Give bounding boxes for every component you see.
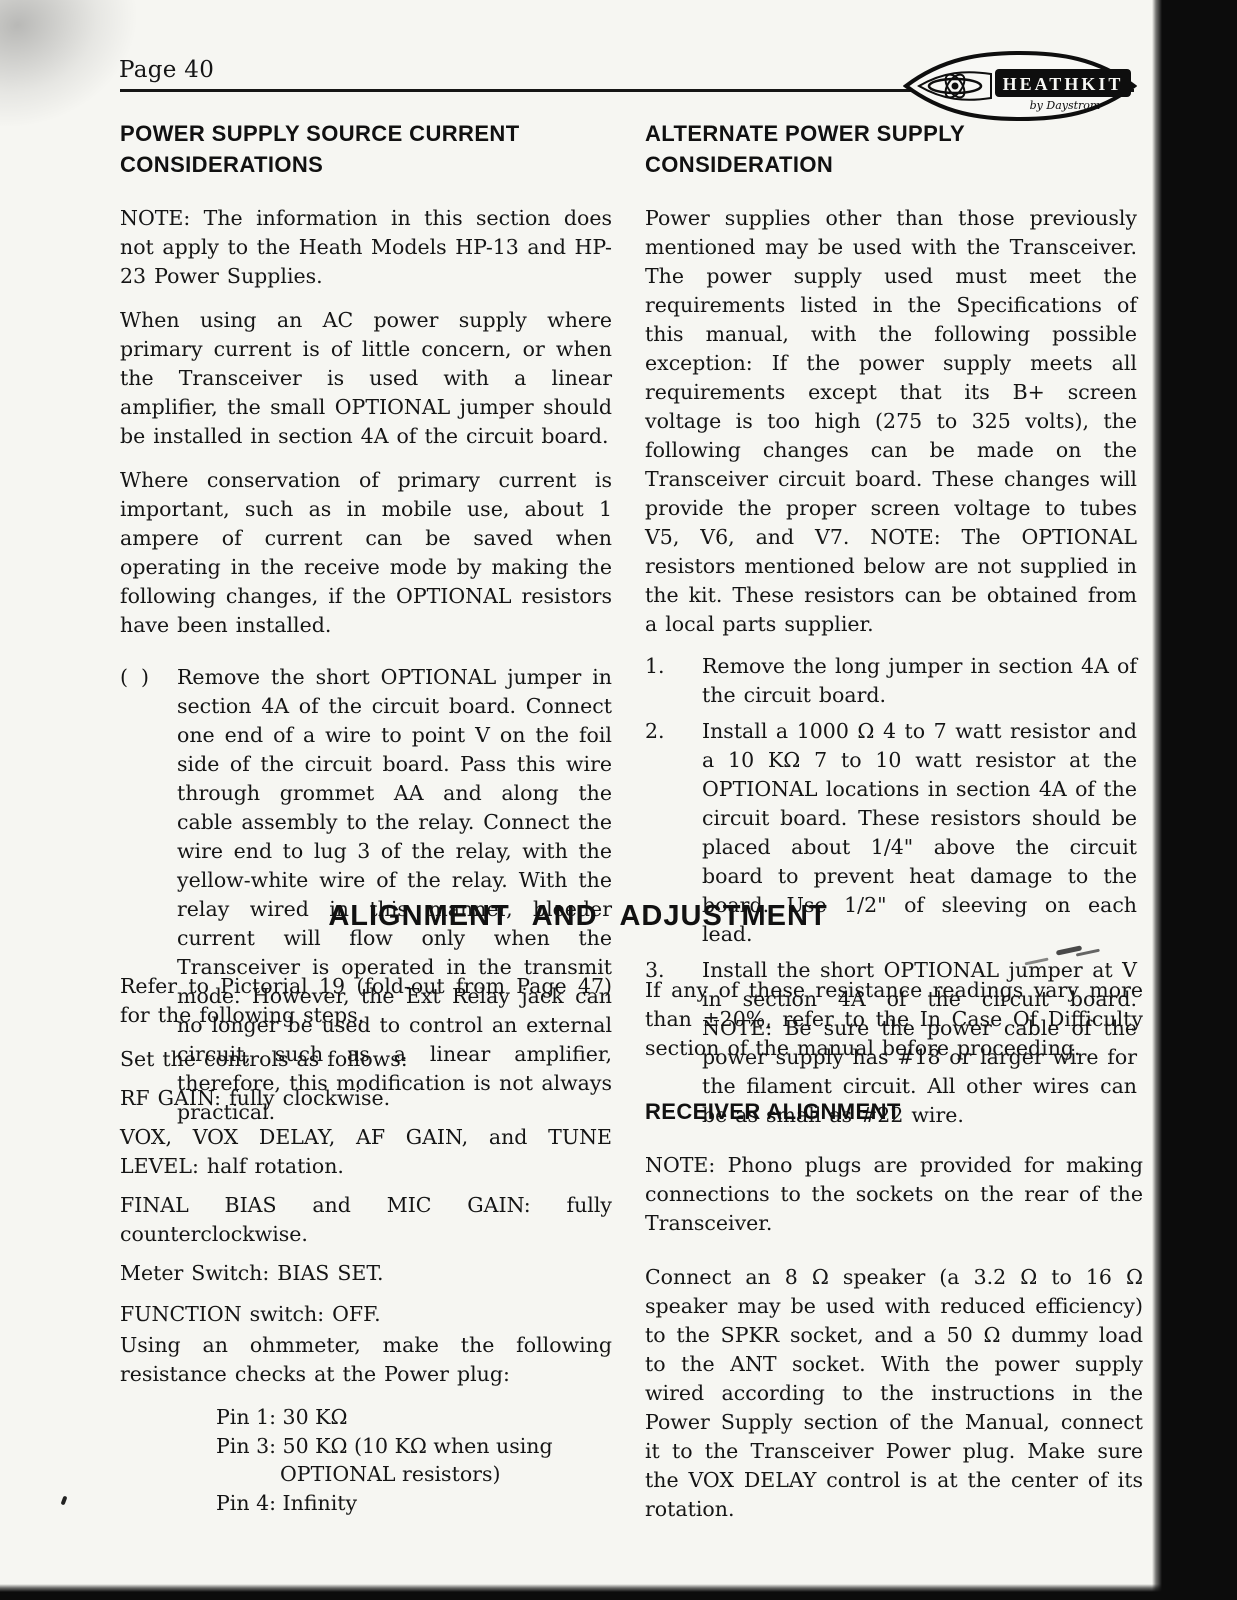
heathkit-logo: HEATHKIT by Daystrom	[903, 48, 1137, 124]
numbered-step: 1. Remove the long jumper in section 4A …	[645, 652, 1137, 710]
logo-tagline-text: by Daystrom	[1030, 99, 1101, 112]
page-number: Page 40	[119, 57, 214, 83]
paragraph: Power supplies other than those previous…	[645, 204, 1137, 639]
section-alignment-steps: Refer to Pictorial 19 (fold-out from Pag…	[120, 972, 612, 1518]
paragraph: Refer to Pictorial 19 (fold-out from Pag…	[120, 972, 612, 1030]
paragraph: Where conservation of primary current is…	[120, 466, 612, 640]
receiver-alignment-heading: RECEIVER ALIGNMENT	[645, 1099, 1143, 1125]
step-text: Remove the long jumper in section 4A of …	[702, 652, 1137, 710]
paragraph: Connect an 8 Ω speaker (a 3.2 Ω to 16 Ω …	[645, 1263, 1143, 1524]
control-setting: Meter Switch: BIAS SET.	[120, 1259, 612, 1288]
paragraph: Using an ohmmeter, make the following re…	[120, 1331, 612, 1389]
scan-edge-right	[1152, 0, 1237, 1600]
pin-reading: Pin 1: 30 KΩ	[216, 1403, 612, 1431]
heathkit-logo-svg: HEATHKIT by Daystrom	[903, 48, 1137, 124]
paragraph: NOTE: The information in this section do…	[120, 204, 612, 291]
pin-check-list: Pin 1: 30 KΩ Pin 3: 50 KΩ (10 KΩ when us…	[216, 1403, 612, 1517]
paragraph: NOTE: Phono plugs are provided for makin…	[645, 1151, 1143, 1238]
pin-reading: Pin 4: Infinity	[216, 1489, 612, 1517]
step-number: 1.	[645, 652, 702, 710]
paragraph: If any of these resistance readings vary…	[645, 976, 1143, 1063]
section-receiver-alignment: If any of these resistance readings vary…	[645, 976, 1143, 1539]
control-setting: VOX, VOX DELAY, AF GAIN, and TUNE LEVEL:…	[120, 1123, 612, 1181]
control-setting: RF GAIN: fully clockwise.	[120, 1084, 612, 1113]
pin-reading: Pin 3: 50 KΩ (10 KΩ when using OPTIONAL …	[216, 1432, 612, 1488]
alignment-and-adjustment-heading: ALIGNMENT AND ADJUSTMENT	[0, 900, 1156, 933]
logo-brand-text: HEATHKIT	[1003, 74, 1124, 94]
control-setting: FUNCTION switch: OFF.	[120, 1300, 612, 1329]
scan-edge-bottom	[0, 1584, 1237, 1600]
manual-page: Page 40 HEATHKIT by Daystrom POWER SUPPL…	[0, 0, 1237, 1600]
paragraph: When using an AC power supply where prim…	[120, 306, 612, 451]
section-heading: POWER SUPPLY SOURCE CURRENT CONSIDERATIO…	[120, 118, 612, 180]
scan-speck	[61, 1496, 68, 1506]
paragraph: Set the controls as follows:	[120, 1045, 612, 1074]
section-heading: ALTERNATE POWER SUPPLY CONSIDERATION	[645, 118, 1137, 180]
control-setting: FINAL BIAS and MIC GAIN: fully countercl…	[120, 1191, 612, 1249]
